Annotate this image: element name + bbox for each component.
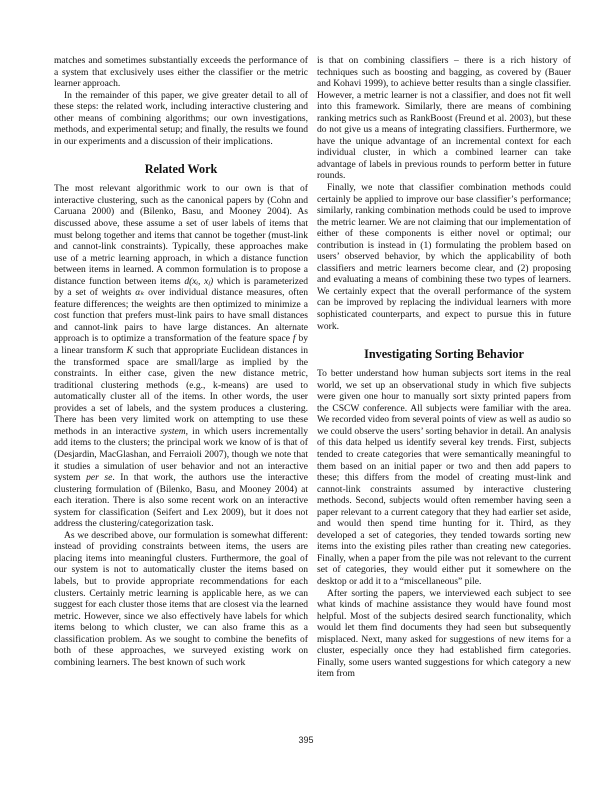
math-distance-function: d(xᵢ, xⱼ)	[184, 276, 213, 287]
paragraph: To better understand how human subjects …	[317, 368, 571, 587]
text: such that appropriate Euclidean distance…	[54, 345, 308, 437]
paragraph: Finally, we note that classifier combina…	[317, 182, 571, 332]
emphasis: system	[160, 426, 185, 437]
left-column: matches and sometimes substantially exce…	[54, 55, 308, 668]
paragraph: is that on combining classifiers – there…	[317, 55, 571, 182]
section-heading-related-work: Related Work	[54, 162, 308, 176]
paragraph: matches and sometimes substantially exce…	[54, 55, 308, 90]
math-alpha-k: αₖ	[135, 287, 144, 298]
paragraph: As we described above, our formulation i…	[54, 530, 308, 669]
emphasis: per se	[86, 472, 112, 483]
text: The most relevant algorithmic work to ou…	[54, 183, 308, 286]
page-number: 395	[0, 735, 612, 745]
paragraph: In the remainder of this paper, we give …	[54, 90, 308, 148]
section-heading-investigating-sorting-behavior: Investigating Sorting Behavior	[317, 347, 571, 361]
right-column: is that on combining classifiers – there…	[317, 55, 571, 680]
paragraph: After sorting the papers, we interviewed…	[317, 588, 571, 680]
paragraph: The most relevant algorithmic work to ou…	[54, 183, 308, 529]
